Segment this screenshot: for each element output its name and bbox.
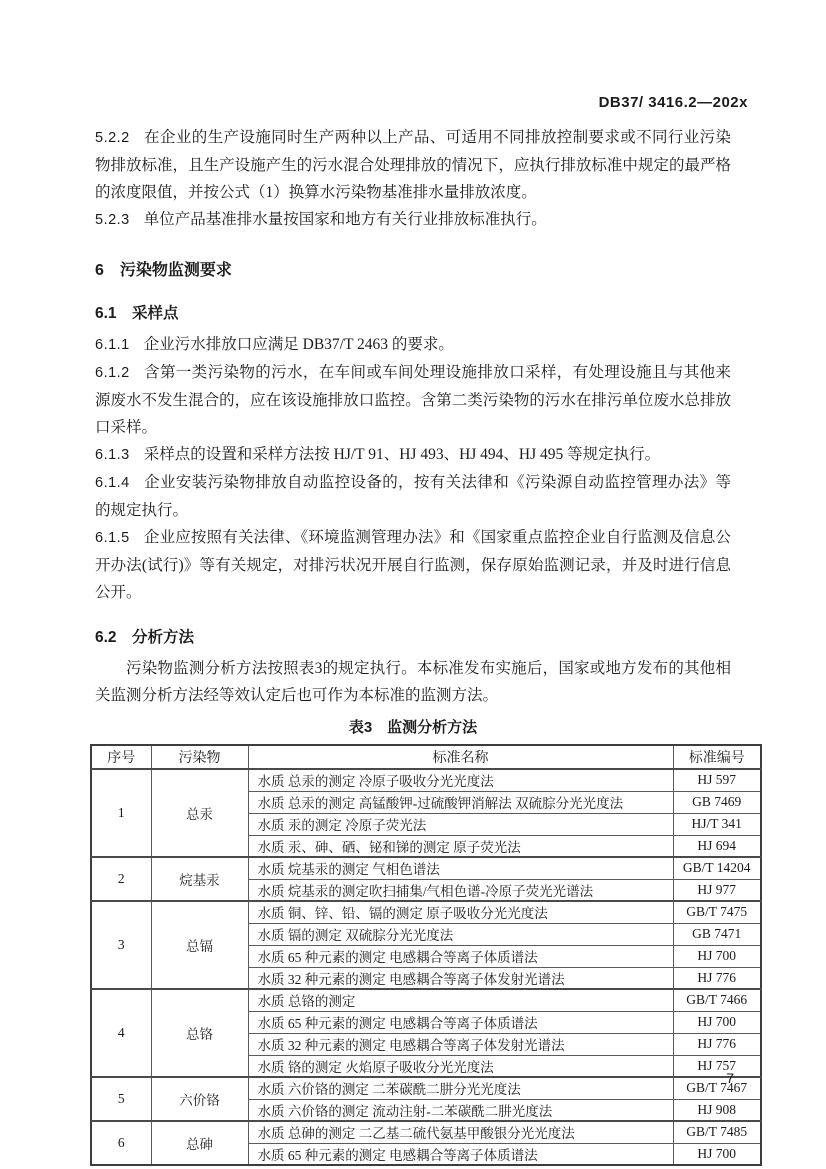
standard-code-cell: GB 7471 bbox=[673, 923, 761, 945]
standard-code-cell: GB 7469 bbox=[673, 791, 761, 813]
table-row: 2烷基汞水质 烷基汞的测定 气相色谱法GB/T 14204 bbox=[91, 857, 761, 879]
clause-number: 6.1.4 bbox=[95, 475, 130, 491]
method-name-cell: 水质 六价铬的测定 二苯碳酰二肼分光光度法 bbox=[248, 1077, 673, 1099]
standard-code-cell: GB/T 14204 bbox=[673, 857, 761, 879]
table-3-caption: 表3 监测分析方法 bbox=[95, 717, 731, 738]
section-6-1-items: 6.1.1企业污水排放口应满足 DB37/T 2463 的要求。 6.1.2含第… bbox=[95, 331, 731, 606]
header-pollutant: 污染物 bbox=[151, 745, 248, 769]
method-name-cell: 水质 铬的测定 火焰原子吸收分光光度法 bbox=[248, 1055, 673, 1077]
pollutant-cell: 总铬 bbox=[151, 989, 248, 1077]
clause-number: 6.1.3 bbox=[95, 447, 130, 463]
standard-code-cell: HJ/T 341 bbox=[673, 813, 761, 835]
clause-5-2-2: 5.2.2在企业的生产设施同时生产两种以上产品、可适用不同排放控制要求或不同行业… bbox=[95, 124, 731, 206]
page-number: 7 bbox=[726, 1070, 734, 1086]
analysis-methods-table: 序号 污染物 标准名称 标准编号 1总汞水质 总汞的测定 冷原子吸收分光光度法H… bbox=[90, 744, 762, 1166]
standard-code-cell: HJ 597 bbox=[673, 769, 761, 791]
serial-number-cell: 6 bbox=[91, 1121, 151, 1165]
standard-code-cell: HJ 700 bbox=[673, 1143, 761, 1165]
section-6-2-paragraph: 污染物监测分析方法按照表3的规定执行。本标准发布实施后，国家或地方发布的其他相关… bbox=[95, 655, 731, 709]
standard-code-cell: HJ 700 bbox=[673, 1011, 761, 1033]
standard-code-cell: GB/T 7467 bbox=[673, 1077, 761, 1099]
clause-6-1-4: 6.1.4企业安装污染物排放自动监控设备的，按有关法律和《污染源自动监控管理办法… bbox=[95, 469, 731, 524]
serial-number-cell: 5 bbox=[91, 1077, 151, 1121]
clause-text: 企业污水排放口应满足 DB37/T 2463 的要求。 bbox=[144, 336, 454, 353]
standard-code-cell: HJ 908 bbox=[673, 1099, 761, 1121]
table-row: 5六价铬水质 六价铬的测定 二苯碳酰二肼分光光度法GB/T 7467 bbox=[91, 1077, 761, 1099]
standard-code-cell: HJ 694 bbox=[673, 835, 761, 857]
method-name-cell: 水质 烷基汞的测定吹扫捕集/气相色谱-冷原子荧光光谱法 bbox=[248, 879, 673, 901]
method-name-cell: 水质 铜、锌、铅、镉的测定 原子吸收分光光度法 bbox=[248, 901, 673, 923]
method-name-cell: 水质 烷基汞的测定 气相色谱法 bbox=[248, 857, 673, 879]
clause-number: 5.2.3 bbox=[95, 212, 130, 228]
serial-number-cell: 3 bbox=[91, 901, 151, 989]
method-name-cell: 水质 32 种元素的测定 电感耦合等离子体发射光谱法 bbox=[248, 1033, 673, 1055]
section-6-heading: 6 污染物监测要求 bbox=[95, 260, 731, 282]
clause-number: 6.1.5 bbox=[95, 530, 130, 546]
standard-code-cell: GB/T 7485 bbox=[673, 1121, 761, 1143]
serial-number-cell: 2 bbox=[91, 857, 151, 901]
table-header-row: 序号 污染物 标准名称 标准编号 bbox=[91, 745, 761, 769]
method-name-cell: 水质 镉的测定 双硫腙分光光度法 bbox=[248, 923, 673, 945]
pollutant-cell: 总镉 bbox=[151, 901, 248, 989]
clause-text: 企业应按照有关法律、《环境监测管理办法》和《国家重点监控企业自行监测及信息公开办… bbox=[95, 529, 731, 601]
pollutant-cell: 六价铬 bbox=[151, 1077, 248, 1121]
table-row: 4总铬水质 总铬的测定GB/T 7466 bbox=[91, 989, 761, 1011]
standard-code-cell: GB/T 7466 bbox=[673, 989, 761, 1011]
standard-code-cell: HJ 776 bbox=[673, 1033, 761, 1055]
clause-6-1-3: 6.1.3采样点的设置和采样方法按 HJ/T 91、HJ 493、HJ 494、… bbox=[95, 441, 731, 469]
clause-text: 含第一类污染物的污水，在车间或车间处理设施排放口采样，有处理设施且与其他来源废水… bbox=[95, 364, 731, 436]
serial-number-cell: 4 bbox=[91, 989, 151, 1077]
standard-code-cell: HJ 977 bbox=[673, 879, 761, 901]
pollutant-cell: 烷基汞 bbox=[151, 857, 248, 901]
page-content: 5.2.2在企业的生产设施同时生产两种以上产品、可适用不同排放控制要求或不同行业… bbox=[0, 124, 826, 738]
method-name-cell: 水质 总砷的测定 二乙基二硫代氨基甲酸银分光光度法 bbox=[248, 1121, 673, 1143]
method-name-cell: 水质 汞的测定 冷原子荧光法 bbox=[248, 813, 673, 835]
standard-code-cell: GB/T 7475 bbox=[673, 901, 761, 923]
pollutant-cell: 总砷 bbox=[151, 1121, 248, 1165]
document-number: DB37/ 3416.2—202x bbox=[0, 94, 826, 112]
clause-number: 6.1.1 bbox=[95, 337, 130, 353]
clause-6-1-1: 6.1.1企业污水排放口应满足 DB37/T 2463 的要求。 bbox=[95, 331, 731, 359]
clause-text: 采样点的设置和采样方法按 HJ/T 91、HJ 493、HJ 494、HJ 49… bbox=[144, 446, 660, 463]
method-name-cell: 水质 总汞的测定 冷原子吸收分光光度法 bbox=[248, 769, 673, 791]
method-name-cell: 水质 32 种元素的测定 电感耦合等离子体发射光谱法 bbox=[248, 967, 673, 989]
document-page: DB37/ 3416.2—202x 5.2.2在企业的生产设施同时生产两种以上产… bbox=[0, 0, 826, 1169]
header-standard-name: 标准名称 bbox=[248, 745, 673, 769]
clause-text: 企业安装污染物排放自动监控设备的，按有关法律和《污染源自动监控管理办法》等的规定… bbox=[95, 474, 731, 519]
method-name-cell: 水质 总汞的测定 高锰酸钾-过硫酸钾消解法 双硫腙分光光度法 bbox=[248, 791, 673, 813]
method-name-cell: 水质 汞、砷、硒、铋和锑的测定 原子荧光法 bbox=[248, 835, 673, 857]
table-row: 1总汞水质 总汞的测定 冷原子吸收分光光度法HJ 597 bbox=[91, 769, 761, 791]
clause-5-2-3: 5.2.3单位产品基准排水量按国家和地方有关行业排放标准执行。 bbox=[95, 206, 731, 234]
clause-6-1-2: 6.1.2含第一类污染物的污水，在车间或车间处理设施排放口采样，有处理设施且与其… bbox=[95, 359, 731, 441]
clause-number: 5.2.2 bbox=[95, 130, 130, 146]
clause-6-1-5: 6.1.5企业应按照有关法律、《环境监测管理办法》和《国家重点监控企业自行监测及… bbox=[95, 524, 731, 606]
clause-text: 在企业的生产设施同时生产两种以上产品、可适用不同排放控制要求或不同行业污染物排放… bbox=[95, 129, 731, 201]
method-name-cell: 水质 65 种元素的测定 电感耦合等离子体质谱法 bbox=[248, 945, 673, 967]
clause-number: 6.1.2 bbox=[95, 365, 130, 381]
header-serial: 序号 bbox=[91, 745, 151, 769]
table-row: 3总镉水质 铜、锌、铅、镉的测定 原子吸收分光光度法GB/T 7475 bbox=[91, 901, 761, 923]
method-name-cell: 水质 65 种元素的测定 电感耦合等离子体质谱法 bbox=[248, 1143, 673, 1165]
table-wrapper: 序号 污染物 标准名称 标准编号 1总汞水质 总汞的测定 冷原子吸收分光光度法H… bbox=[90, 744, 826, 1166]
serial-number-cell: 1 bbox=[91, 769, 151, 857]
header-standard-code: 标准编号 bbox=[673, 745, 761, 769]
method-name-cell: 水质 总铬的测定 bbox=[248, 989, 673, 1011]
standard-code-cell: HJ 700 bbox=[673, 945, 761, 967]
table-row: 6总砷水质 总砷的测定 二乙基二硫代氨基甲酸银分光光度法GB/T 7485 bbox=[91, 1121, 761, 1143]
clause-text: 单位产品基准排水量按国家和地方有关行业排放标准执行。 bbox=[144, 211, 547, 228]
section-6-2-heading: 6.2 分析方法 bbox=[95, 627, 731, 649]
method-name-cell: 水质 65 种元素的测定 电感耦合等离子体质谱法 bbox=[248, 1011, 673, 1033]
standard-code-cell: HJ 757 bbox=[673, 1055, 761, 1077]
method-name-cell: 水质 六价铬的测定 流动注射-二苯碳酰二肼光度法 bbox=[248, 1099, 673, 1121]
pollutant-cell: 总汞 bbox=[151, 769, 248, 857]
section-6-1-heading: 6.1 采样点 bbox=[95, 303, 731, 325]
standard-code-cell: HJ 776 bbox=[673, 967, 761, 989]
